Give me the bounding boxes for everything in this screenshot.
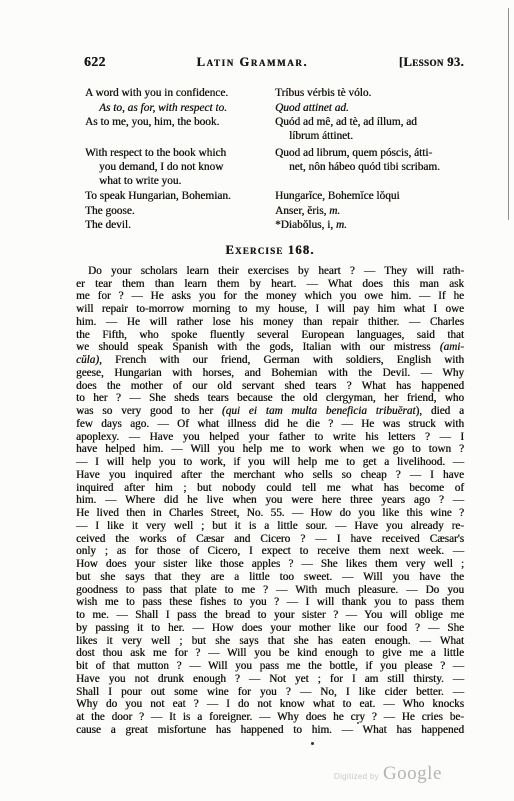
text-run: Anser, ĕris,	[275, 205, 329, 217]
exercise-heading: Exercise 168.	[76, 243, 464, 258]
exercise-text-line: dost thou ask me for ? — Will you be kin…	[76, 647, 464, 660]
vocab-latin-line: Hungarĭce, Bohemĭce lŏqui	[275, 190, 464, 204]
exercise-text-line: geese, Hungarian with horses, and Bohemi…	[76, 367, 464, 380]
text-run: to me. — Shall I pass the bread to your …	[76, 609, 464, 621]
text-run: dost thou ask me for ? — Will you be kin…	[76, 647, 464, 659]
vocab-english-line: As to me, you, him, the book.	[85, 116, 275, 130]
vocab-row: The goose.Anser, ĕris, m.	[76, 205, 464, 219]
text-run: Have you inquired after the merchant who…	[76, 469, 464, 481]
text-run: How does your sister like those apples ?…	[76, 558, 464, 570]
text-run: ), died a	[415, 405, 464, 417]
exercise-text-line: ceived the works of Cæsar and Cicero ? —…	[76, 533, 464, 546]
exercise-text-line: — I will help you to work, if you will h…	[76, 456, 464, 469]
vocab-latin-line: *Diabŏlus, i, m.	[275, 219, 464, 233]
text-run: ceived the works of Cæsar and Cicero ? —…	[76, 533, 464, 545]
exercise-text-line: to her ? — She sheds tears because the o…	[76, 392, 464, 405]
exercise-text-line: few days ago. — Of what illness did he d…	[76, 418, 464, 431]
text-run: wish me to pass these fishes to you ? — …	[76, 596, 464, 608]
text-run: me for ? — He asks you for the money whi…	[76, 290, 464, 302]
vocab-latin-cell: Quód ad mê, ad tè, ad íllum, adlíbrum át…	[275, 116, 464, 143]
vocab-english-line: you demand, I do not know	[85, 161, 275, 175]
exercise-text-line: at the door ? — It is a foreigner. — Why…	[76, 711, 464, 724]
text-run: Hungarĭce, Bohemĭce lŏqui	[275, 190, 400, 202]
text-run: To speak Hungarian, Bohemian.	[85, 190, 231, 202]
text-run: Tríbus vérbis tè vólo.	[275, 87, 371, 99]
scanned-book-page: { "header": { "page_number": "622", "tit…	[0, 0, 514, 801]
vocab-latin-line: Quod ad librum, quem póscis, átti-	[275, 147, 464, 161]
vocab-english-line: The goose.	[85, 205, 275, 219]
exercise-text-line: him. — Where did he live when you were h…	[76, 494, 464, 507]
vocabulary-table: A word with you in confidence.Tríbus vér…	[76, 87, 464, 233]
text-run: only ; as for those of Cicero, I expect …	[76, 545, 464, 557]
text-run: does the mother of our old servant shed …	[76, 380, 464, 392]
vocab-latin-cell: *Diabŏlus, i, m.	[275, 219, 464, 233]
exercise-text-line: goodness to pass that plate to me ? — Wi…	[76, 584, 464, 597]
page-content: 622 Latin Grammar. [Lesson 93. A word wi…	[76, 54, 464, 737]
exercise-text-line: er tear them than learn them by heart. —…	[76, 278, 464, 291]
exercise-text-line: him. — He will rather lose his money tha…	[76, 316, 464, 329]
vocab-latin-line: Quód ad mê, ad tè, ad íllum, ad	[275, 116, 464, 130]
vocab-row: As to, as for, with respect to.Quod atti…	[76, 102, 464, 116]
text-run: líbrum áttinet.	[289, 130, 353, 142]
exercise-text-line: cŭla), French with our friend, German wi…	[76, 354, 464, 367]
vocab-english-line: To speak Hungarian, Bohemian.	[85, 190, 275, 204]
vocab-latin-line: Anser, ĕris, m.	[275, 205, 464, 219]
text-run: we should speak Spanish with the gods, I…	[76, 341, 440, 353]
text-run: er tear them than learn them by heart. —…	[76, 278, 464, 290]
text-run: , French with our friend, German with so…	[99, 354, 464, 366]
text-run: bit of that mutton ? — Will you pass me …	[76, 660, 464, 672]
italic-text-run: m.	[329, 205, 340, 217]
exercise-text-line: by passing it to her. — How does your mo…	[76, 622, 464, 635]
vocab-english-cell: The devil.	[76, 219, 275, 233]
text-run: Why do you not eat ? — I do not know wha…	[76, 698, 464, 710]
text-run: but she says that they are a little too …	[76, 571, 464, 583]
vocab-english-cell: As to me, you, him, the book.	[76, 116, 275, 143]
exercise-text-line: only ; as for those of Cicero, I expect …	[76, 545, 464, 558]
digitized-watermark: Digitized by Google	[334, 763, 442, 785]
text-run: geese, Hungarian with horses, and Bohemi…	[76, 367, 464, 379]
vocab-english-cell: To speak Hungarian, Bohemian.	[76, 190, 275, 204]
exercise-text-line: cause a great misfortune has happened to…	[76, 724, 464, 737]
running-header: 622 Latin Grammar. [Lesson 93.	[76, 54, 464, 70]
text-run: The devil.	[85, 219, 131, 231]
exercise-text-line: bit of that mutton ? — Will you pass me …	[76, 660, 464, 673]
vocab-english-cell: With respect to the book whichyou demand…	[76, 147, 275, 188]
vocab-english-line: With respect to the book which	[85, 147, 275, 161]
exercise-text-line: me for ? — He asks you for the money whi…	[76, 290, 464, 303]
text-run: was so very good to her	[76, 405, 222, 417]
book-title-header: Latin Grammar.	[106, 55, 399, 70]
exercise-text-line: likes it very well ; but she says that s…	[76, 635, 464, 648]
exercise-text-line: to me. — Shall I pass the bread to your …	[76, 609, 464, 622]
text-run: you demand, I do not know	[99, 161, 223, 173]
vocab-english-cell: The goose.	[76, 205, 275, 219]
vocab-english-line: A word with you in confidence.	[85, 87, 275, 101]
scan-speck	[357, 722, 359, 724]
exercise-text-line: the Fifth, who spoke fluently several Eu…	[76, 329, 464, 342]
exercise-text-line: but she says that they are a little too …	[76, 571, 464, 584]
vocab-latin-cell: Hungarĭce, Bohemĭce lŏqui	[275, 190, 464, 204]
exercise-text-line: have helped him. — Will you help me to w…	[76, 443, 464, 456]
text-run: net, nôn hábeo quód tibi scribam.	[289, 161, 440, 173]
exercise-text-line: will repair to-morrow morning to my hous…	[76, 303, 464, 316]
text-run: likes it very well ; but she says that s…	[76, 635, 464, 647]
exercise-text-line: was so very good to her (qui ei tam mult…	[76, 405, 464, 418]
lesson-header: [Lesson 93.	[399, 55, 464, 70]
text-run: With respect to the book which	[85, 147, 226, 159]
text-run: apoplexy. — Have you helped your father …	[76, 431, 464, 443]
vocab-row: As to me, you, him, the book.Quód ad mê,…	[76, 116, 464, 143]
text-run: Do your scholars learn their exercises b…	[88, 265, 464, 277]
exercise-text-line: He lived then in Charles Street, No. 55.…	[76, 507, 464, 520]
text-run: As to me, you, him, the book.	[85, 116, 219, 128]
vocab-latin-cell: Anser, ĕris, m.	[275, 205, 464, 219]
vocab-latin-line: Tríbus vérbis tè vólo.	[275, 87, 464, 101]
italic-text-run: Quod attinet ad.	[275, 102, 349, 114]
vocab-latin-line: Quod attinet ad.	[275, 102, 464, 116]
text-run: few days ago. — Of what illness did he d…	[76, 418, 464, 430]
vocab-row: To speak Hungarian, Bohemian.Hungarĭce, …	[76, 190, 464, 204]
text-run: The goose.	[85, 205, 135, 217]
vocab-row: With respect to the book whichyou demand…	[76, 147, 464, 188]
text-run: cause a great misfortune has happened to…	[76, 724, 464, 736]
vocab-english-cell: As to, as for, with respect to.	[76, 102, 275, 116]
text-run: to her ? — She sheds tears because the o…	[76, 392, 464, 404]
vocab-row: A word with you in confidence.Tríbus vér…	[76, 87, 464, 101]
exercise-text-line: apoplexy. — Have you helped your father …	[76, 431, 464, 444]
text-run: Quód ad mê, ad tè, ad íllum, ad	[275, 116, 417, 128]
italic-text-run: (qui ei tam multa beneficia tribuĕrat	[222, 405, 416, 417]
vocab-row: The devil.*Diabŏlus, i, m.	[76, 219, 464, 233]
exercise-text-line: we should speak Spanish with the gods, I…	[76, 341, 464, 354]
exercise-text-line: wish me to pass these fishes to you ? — …	[76, 596, 464, 609]
page-number: 622	[76, 54, 106, 70]
text-run: will repair to-morrow morning to my hous…	[76, 303, 464, 315]
italic-text-run: As to, as for, with respect to.	[99, 102, 227, 114]
exercise-text-line: Have you inquired after the merchant who…	[76, 469, 464, 482]
vocab-latin-cell: Tríbus vérbis tè vólo.	[275, 87, 464, 101]
text-run: He lived then in Charles Street, No. 55.…	[76, 507, 464, 519]
exercise-text-line: — I like it very well ; but it is a litt…	[76, 520, 464, 533]
scan-edge-artifact	[508, 8, 510, 220]
scan-speck	[311, 742, 314, 745]
exercise-text-line: inquired after him ; but nobody could te…	[76, 482, 464, 495]
italic-text-run: cŭla)	[76, 354, 99, 366]
text-run: inquired after him ; but nobody could te…	[76, 482, 464, 494]
text-run: — I will help you to work, if you will h…	[76, 456, 464, 468]
text-run: *Diabŏlus, i,	[275, 219, 336, 231]
exercise-text-line: Shall I pour out some wine for you ? — N…	[76, 686, 464, 699]
text-run: goodness to pass that plate to me ? — Wi…	[76, 584, 464, 596]
exercise-text-line: does the mother of our old servant shed …	[76, 380, 464, 393]
vocab-latin-line: líbrum áttinet.	[275, 130, 464, 144]
text-run: Shall I pour out some wine for you ? — N…	[76, 686, 464, 698]
text-run: him. — He will rather lose his money tha…	[76, 316, 464, 328]
vocab-english-line: The devil.	[85, 219, 275, 233]
text-run: Quod ad librum, quem póscis, átti-	[275, 147, 432, 159]
watermark-prefix: Digitized by	[334, 772, 379, 781]
google-logo: Google	[383, 763, 442, 785]
vocab-english-cell: A word with you in confidence.	[76, 87, 275, 101]
text-run: by passing it to her. — How does your mo…	[76, 622, 464, 634]
exercise-text-line: Do your scholars learn their exercises b…	[76, 265, 464, 278]
text-run: him. — Where did he live when you were h…	[76, 494, 464, 506]
vocab-english-line: As to, as for, with respect to.	[85, 102, 275, 116]
vocab-latin-line: net, nôn hábeo quód tibi scribam.	[275, 161, 464, 175]
exercise-text-line: How does your sister like those apples ?…	[76, 558, 464, 571]
text-run: at the door ? — It is a foreigner. — Why…	[76, 711, 464, 723]
text-run: A word with you in confidence.	[85, 87, 228, 99]
text-run: Have you not drunk enough ? — Not yet ; …	[76, 673, 464, 685]
italic-text-run: (ami-	[440, 341, 464, 353]
exercise-paragraph: Do your scholars learn their exercises b…	[76, 265, 464, 737]
italic-text-run: m.	[336, 219, 347, 231]
text-run: the Fifth, who spoke fluently several Eu…	[76, 329, 464, 341]
exercise-text-line: Have you not drunk enough ? — Not yet ; …	[76, 673, 464, 686]
text-run: have helped him. — Will you help me to w…	[76, 443, 464, 455]
text-run: what to write you.	[99, 175, 181, 187]
text-run: — I like it very well ; but it is a litt…	[76, 520, 464, 532]
exercise-text-line: Why do you not eat ? — I do not know wha…	[76, 698, 464, 711]
vocab-latin-cell: Quod ad librum, quem póscis, átti-net, n…	[275, 147, 464, 188]
vocab-latin-cell: Quod attinet ad.	[275, 102, 464, 116]
vocab-english-line: what to write you.	[85, 175, 275, 189]
